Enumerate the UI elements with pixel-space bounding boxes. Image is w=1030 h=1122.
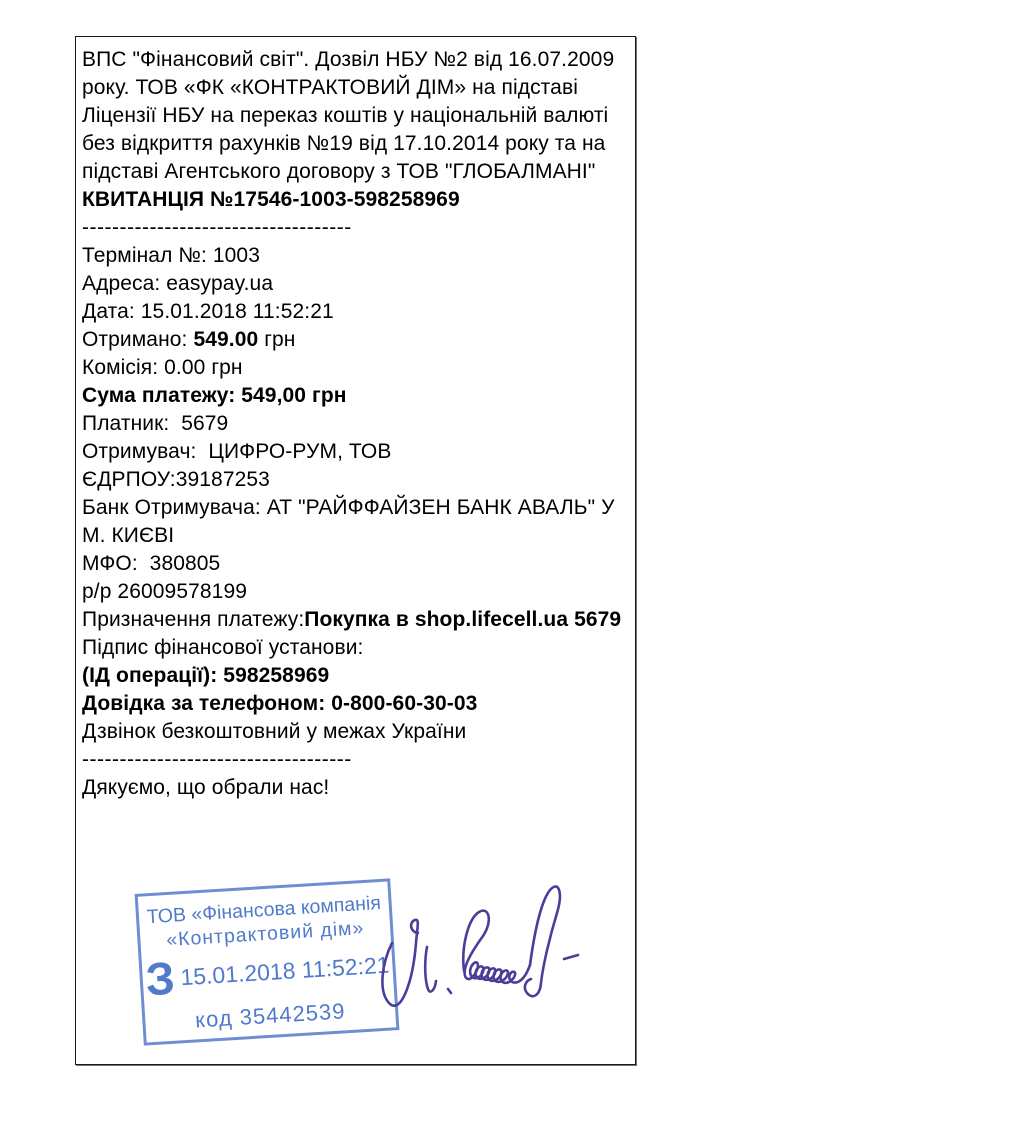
edrpou-code: ЄДРПОУ:39187253: [82, 466, 629, 494]
separator-dashes: ------------------------------------: [82, 746, 629, 774]
stamp-big-letter: З: [144, 955, 176, 1003]
date: Дата: 15.01.2018 11:52:21: [82, 298, 629, 326]
received-amount: Отримано: 549.00 грн: [82, 326, 629, 354]
signature-stroke: [382, 920, 418, 1006]
terminal-number: Термінал №: 1003: [82, 242, 629, 270]
received-label: Отримано:: [82, 328, 193, 351]
receipt-title: КВИТАНЦІЯ №17546-1003-598258969: [82, 186, 629, 214]
header-line: без відкриття рахунків №19 від 17.10.201…: [82, 130, 629, 158]
payment-sum: Сума платежу: 549,00 грн: [82, 382, 629, 410]
received-suffix: грн: [258, 328, 295, 351]
header-line: ВПС "Фінансовий світ". Дозвіл НБУ №2 від…: [82, 46, 629, 74]
phone-help: Довідка за телефоном: 0-800-60-30-03: [82, 690, 629, 718]
payer: Платник: 5679: [82, 410, 629, 438]
separator-dashes: ------------------------------------: [82, 214, 629, 242]
recipient-bank-line: М. КИЄВІ: [82, 522, 629, 550]
account-number: р/р 26009578199: [82, 578, 629, 606]
header-line: Ліцензії НБУ на переказ коштів у націона…: [82, 102, 629, 130]
signature-stroke: [564, 955, 578, 959]
thanks-message: Дякуємо, що обрали нас!: [82, 774, 629, 802]
received-value: 549.00: [193, 328, 258, 351]
signature-stroke: [425, 947, 436, 992]
signature-stroke: [525, 886, 560, 996]
header-line: підставі Агентського договору з ТОВ "ГЛО…: [82, 158, 629, 186]
handwritten-signature-icon: [328, 869, 584, 1019]
recipient: Отримувач: ЦИФРО-РУМ, ТОВ: [82, 438, 629, 466]
commission: Комісія: 0.00 грн: [82, 354, 629, 382]
operation-id: (ІД операції): 598258969: [82, 662, 629, 690]
signature-stroke: [463, 911, 530, 983]
address: Адреса: easypay.ua: [82, 270, 629, 298]
purpose-value: Покупка в shop.lifecell.ua 5679: [304, 608, 621, 631]
recipient-bank-line: Банк Отримувача: АТ "РАЙФФАЙЗЕН БАНК АВА…: [82, 494, 629, 522]
signature-caption: Підпис фінансової установи:: [82, 634, 629, 662]
signature-stroke: [448, 989, 451, 993]
free-call-note: Дзвінок безкоштовний у межах України: [82, 718, 629, 746]
header-line: року. ТОВ «ФК «КОНТРАКТОВИЙ ДІМ» на підс…: [82, 74, 629, 102]
mfo-code: МФО: 380805: [82, 550, 629, 578]
receipt-document: ВПС "Фінансовий світ". Дозвіл НБУ №2 від…: [75, 36, 636, 1065]
purpose-label: Призначення платежу:: [82, 608, 304, 631]
payment-purpose: Призначення платежу:Покупка в shop.lifec…: [82, 606, 629, 634]
